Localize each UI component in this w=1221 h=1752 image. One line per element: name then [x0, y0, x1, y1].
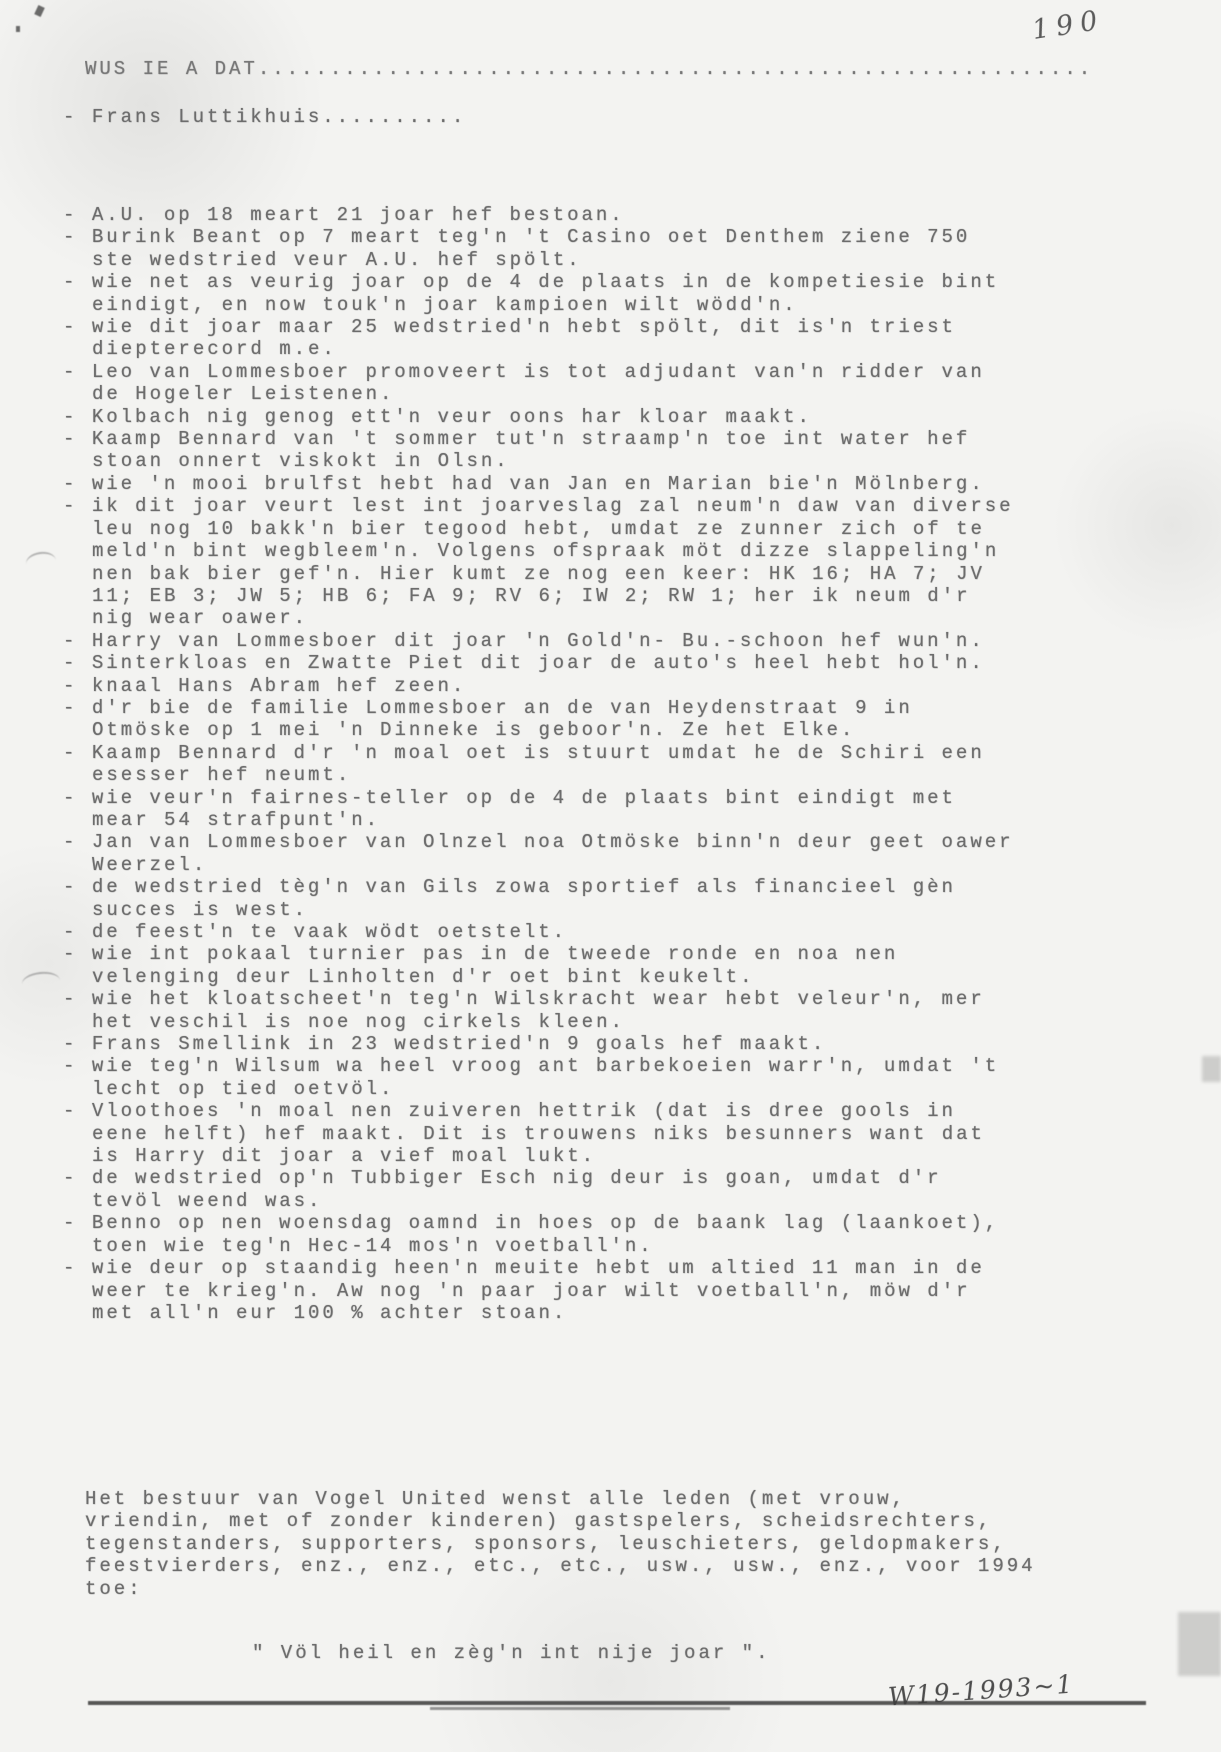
list-item-dash: - [63, 697, 92, 719]
list-item-dash: - [63, 1167, 92, 1189]
list-item-dash: - [63, 361, 92, 383]
list-item-text: knaal Hans Abram hef zeen. [92, 675, 466, 697]
list-item-text: Leo van Lommesboer promoveert is tot adj… [92, 361, 985, 405]
list-item-text: wie teg'n Wilsum wa heel vroog ant barbe… [92, 1055, 999, 1099]
list-item-text: Kaamp Bennard d'r 'n moal oet is stuurt … [92, 742, 985, 786]
list-item-dash: - [63, 1257, 92, 1279]
list-item-dash: - [63, 226, 92, 248]
scan-speck [34, 5, 45, 17]
list-item-text: Sinterkloas en Zwatte Piet dit joar de a… [92, 652, 985, 674]
list-item-dash: - [63, 943, 92, 965]
list-item: - ik dit joar veurt lest int joarveslag … [63, 495, 1015, 629]
list-item-text: de feest'n te vaak wödt oetstelt. [92, 921, 567, 943]
list-item-dash: - [63, 495, 92, 517]
list-item: - Frans Smellink in 23 wedstried'n 9 goa… [63, 1033, 1015, 1055]
list-item: - Sinterkloas en Zwatte Piet dit joar de… [63, 652, 1015, 674]
list-item-text: wie het kloatscheet'n teg'n Wilskracht w… [92, 988, 985, 1032]
list-item-dash: - [63, 787, 92, 809]
list-item-text: wie veur'n fairnes-teller op de 4 de pla… [92, 787, 956, 831]
list-item-dash: - [63, 1033, 92, 1055]
byline: - Frans Luttikhuis.......... [63, 106, 1023, 128]
list-item-dash: - [63, 742, 92, 764]
list-item: - de feest'n te vaak wödt oetstelt. [63, 921, 1015, 943]
list-item-text: de wedstried op'n Tubbiger Esch nig deur… [92, 1167, 942, 1211]
list-item: - Vloothoes 'n moal nen zuiveren hettrik… [63, 1100, 1015, 1167]
closing-paragraph: Het bestuur van Vogel United wenst alle … [85, 1488, 1045, 1600]
scanned-document-page: 190 WUS IE A DAT........................… [0, 0, 1221, 1752]
list-item-dash: - [63, 988, 92, 1010]
list-item-dash: - [63, 921, 92, 943]
title-dot-leader: ........................................… [258, 58, 1095, 80]
list-item-dash: - [63, 831, 92, 853]
list-item: - wie 'n mooi brulfst hebt had van Jan e… [63, 473, 1015, 495]
list-item-dash: - [63, 428, 92, 450]
list-item-text: Burink Beant op 7 meart teg'n 't Casino … [92, 226, 971, 270]
list-item: - Leo van Lommesboer promoveert is tot a… [63, 361, 1015, 406]
list-item-text: Vloothoes 'n moal nen zuiveren hettrik (… [92, 1100, 985, 1167]
document-title: WUS IE A DAT............................… [85, 58, 1095, 80]
list-item-dash: - [63, 204, 92, 226]
pencil-margin-mark [21, 970, 61, 994]
scan-edge-artifact [88, 1701, 1146, 1705]
list-item: - Burink Beant op 7 meart teg'n 't Casin… [63, 226, 1015, 271]
list-item-text: de wedstried tèg'n van Gils zowa sportie… [92, 876, 956, 920]
list-item: - wie net as veurig joar op de 4 de plaa… [63, 271, 1015, 316]
list-item-dash: - [63, 316, 92, 338]
did-you-know-list: - A.U. op 18 meart 21 joar hef bestoan.-… [63, 204, 1015, 1324]
list-item-text: Kolbach nig genog ett'n veur oons har kl… [92, 406, 812, 428]
handwritten-archive-code: W19-1993~1 [887, 1670, 1075, 1712]
list-item-text: Benno op nen woensdag oamnd in hoes op d… [92, 1212, 999, 1256]
list-item: - Benno op nen woensdag oamnd in hoes op… [63, 1212, 1015, 1257]
list-item-dash: - [63, 271, 92, 293]
list-item-dash: - [63, 473, 92, 495]
list-item: - wie deur op staandig heen'n meuite heb… [63, 1257, 1015, 1324]
list-item-dash: - [63, 1100, 92, 1122]
list-item: - wie het kloatscheet'n teg'n Wilskracht… [63, 988, 1015, 1033]
handwritten-page-number: 190 [1030, 5, 1107, 47]
pencil-margin-mark [25, 550, 57, 574]
list-item-dash: - [63, 406, 92, 428]
list-item-dash: - [63, 630, 92, 652]
list-item-text: Jan van Lommesboer van Olnzel noa Otmösk… [92, 831, 1014, 875]
list-item-text: wie dit joar maar 25 wedstried'n hebt sp… [92, 316, 956, 360]
list-item: - de wedstried tèg'n van Gils zowa sport… [63, 876, 1015, 921]
list-item: - knaal Hans Abram hef zeen. [63, 675, 1015, 697]
list-item-text: Kaamp Bennard van 't sommer tut'n straam… [92, 428, 971, 472]
list-item: - wie veur'n fairnes-teller op de 4 de p… [63, 787, 1015, 832]
list-item: - de wedstried op'n Tubbiger Esch nig de… [63, 1167, 1015, 1212]
scan-smudge [1202, 1056, 1221, 1082]
list-item: - Kolbach nig genog ett'n veur oons har … [63, 406, 1015, 428]
list-item: - Kaamp Bennard d'r 'n moal oet is stuur… [63, 742, 1015, 787]
list-item-text: wie net as veurig joar op de 4 de plaats… [92, 271, 999, 315]
list-item-text: wie deur op staandig heen'n meuite hebt … [92, 1257, 985, 1324]
list-item: - Jan van Lommesboer van Olnzel noa Otmö… [63, 831, 1015, 876]
title-text: WUS IE A DAT [85, 58, 258, 80]
list-item-text: Frans Smellink in 23 wedstried'n 9 goals… [92, 1033, 827, 1055]
list-item-dash: - [63, 652, 92, 674]
list-item-text: wie int pokaal turnier pas in de tweede … [92, 943, 899, 987]
scan-speck [16, 26, 20, 32]
list-item: - Harry van Lommesboer dit joar 'n Gold'… [63, 630, 1015, 652]
list-item-dash: - [63, 876, 92, 898]
list-item-dash: - [63, 675, 92, 697]
list-item-dash: - [63, 1212, 92, 1234]
list-item-text: A.U. op 18 meart 21 joar hef bestoan. [92, 204, 625, 226]
list-item-text: ik dit joar veurt lest int joarveslag za… [92, 495, 1014, 629]
list-item: - d'r bie de familie Lommesboer an de va… [63, 697, 1015, 742]
new-year-quote: " Völ heil en zèg'n int nije joar ". [252, 1642, 1052, 1664]
list-item-text: d'r bie de familie Lommesboer an de van … [92, 697, 913, 741]
list-item: - A.U. op 18 meart 21 joar hef bestoan. [63, 204, 1015, 226]
list-item: - wie teg'n Wilsum wa heel vroog ant bar… [63, 1055, 1015, 1100]
list-item-dash: - [63, 1055, 92, 1077]
scan-edge-artifact [430, 1707, 730, 1710]
byline-dash: - [63, 106, 77, 128]
list-item-text: Harry van Lommesboer dit joar 'n Gold'n-… [92, 630, 985, 652]
list-item: - Kaamp Bennard van 't sommer tut'n stra… [63, 428, 1015, 473]
list-item: - wie dit joar maar 25 wedstried'n hebt … [63, 316, 1015, 361]
list-item: - wie int pokaal turnier pas in de tweed… [63, 943, 1015, 988]
scan-smudge [1178, 1612, 1221, 1676]
byline-text: Frans Luttikhuis.......... [92, 106, 466, 128]
list-item-text: wie 'n mooi brulfst hebt had van Jan en … [92, 473, 985, 495]
